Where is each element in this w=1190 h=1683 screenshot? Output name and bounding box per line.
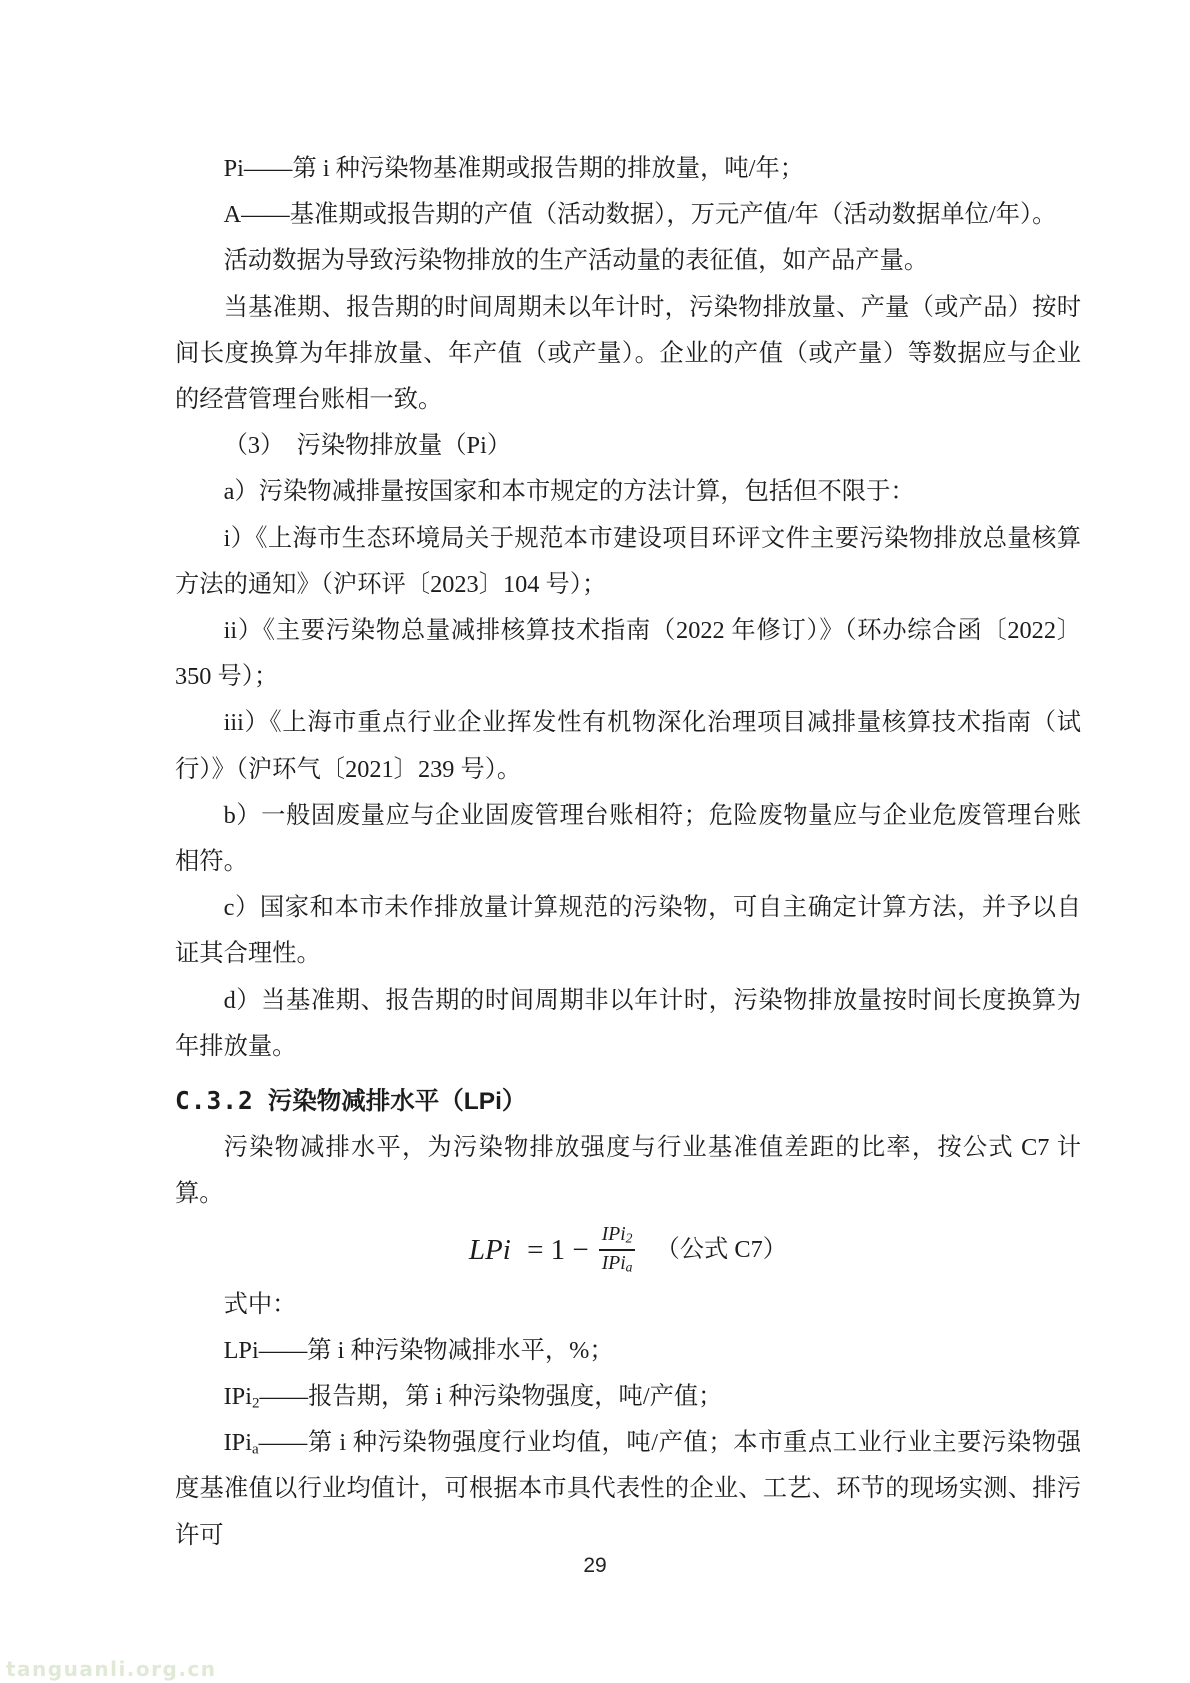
document-page: Pi——第 i 种污染物基准期或报告期的排放量，吨/年； A——基准期或报告期的…: [0, 0, 1190, 1683]
watermark-text: tanguanli.org.cn: [6, 1657, 217, 1681]
definition-lpi: LPi——第 i 种污染物减排水平，%；: [175, 1328, 1081, 1374]
formula-c7: LPi = 1 − IPi2 IPia （公式 C7）: [175, 1218, 1081, 1282]
paragraph-lp-intro: 污染物减排水平，为污染物排放强度与行业基准值差距的比率，按公式 C7 计算。: [175, 1125, 1081, 1217]
formula-relation: = 1 −: [520, 1227, 589, 1273]
formula-label: （公式 C7）: [655, 1227, 787, 1273]
fraction-numerator: IPi2: [599, 1223, 636, 1250]
where-label: 式中：: [175, 1282, 1081, 1328]
formula-lhs: LPi: [469, 1227, 511, 1273]
fraction-denominator: IPia: [599, 1251, 636, 1276]
formula-fraction: IPi2 IPia: [599, 1223, 636, 1276]
item-c: c）国家和本市未作排放量计算规范的污染物，可自主确定计算方法，并予以自证其合理性…: [175, 885, 1081, 977]
section-heading-c32: C.3.2污染物减排水平（LPi）: [175, 1078, 1081, 1125]
item-b: b）一般固废量应与企业固废管理台账相符；危险废物量应与企业危废管理台账相符。: [175, 793, 1081, 885]
definition-ipi2: IPi2——报告期，第 i 种污染物强度，吨/产值；: [175, 1374, 1081, 1420]
item-ii: ii）《主要污染物总量减排核算技术指南（2022 年修订）》（环办综合函〔202…: [175, 608, 1081, 700]
definition-ipia: IPia——第 i 种污染物强度行业均值，吨/产值；本市重点工业行业主要污染物强…: [175, 1420, 1081, 1559]
definition-pi: Pi——第 i 种污染物基准期或报告期的排放量，吨/年；: [175, 146, 1081, 192]
section-number: C.3.2: [175, 1086, 254, 1115]
page-number: 29: [0, 1554, 1190, 1578]
document-body: Pi——第 i 种污染物基准期或报告期的排放量，吨/年； A——基准期或报告期的…: [175, 146, 1081, 1559]
paragraph-period-conversion: 当基准期、报告期的时间周期未以年计时，污染物排放量、产量（或产品）按时间长度换算…: [175, 285, 1081, 424]
item-d: d）当基准期、报告期的时间周期非以年计时，污染物排放量按时间长度换算为年排放量。: [175, 978, 1081, 1070]
item-iii: iii）《上海市重点行业企业挥发性有机物深化治理项目减排量核算技术指南（试行）》…: [175, 700, 1081, 792]
section-title: 污染物减排水平（LPi）: [268, 1088, 527, 1115]
item-a: a）污染物减排量按国家和本市规定的方法计算，包括但不限于：: [175, 469, 1081, 515]
item-3-title: （3） 污染物排放量（Pi）: [175, 423, 1081, 469]
definition-a-note: 活动数据为导致污染物排放的生产活动量的表征值，如产品产量。: [175, 238, 1081, 284]
definition-a: A——基准期或报告期的产值（活动数据），万元产值/年（活动数据单位/年）。: [175, 192, 1081, 238]
item-i: i）《上海市生态环境局关于规范本市建设项目环评文件主要污染物排放总量核算方法的通…: [175, 516, 1081, 608]
